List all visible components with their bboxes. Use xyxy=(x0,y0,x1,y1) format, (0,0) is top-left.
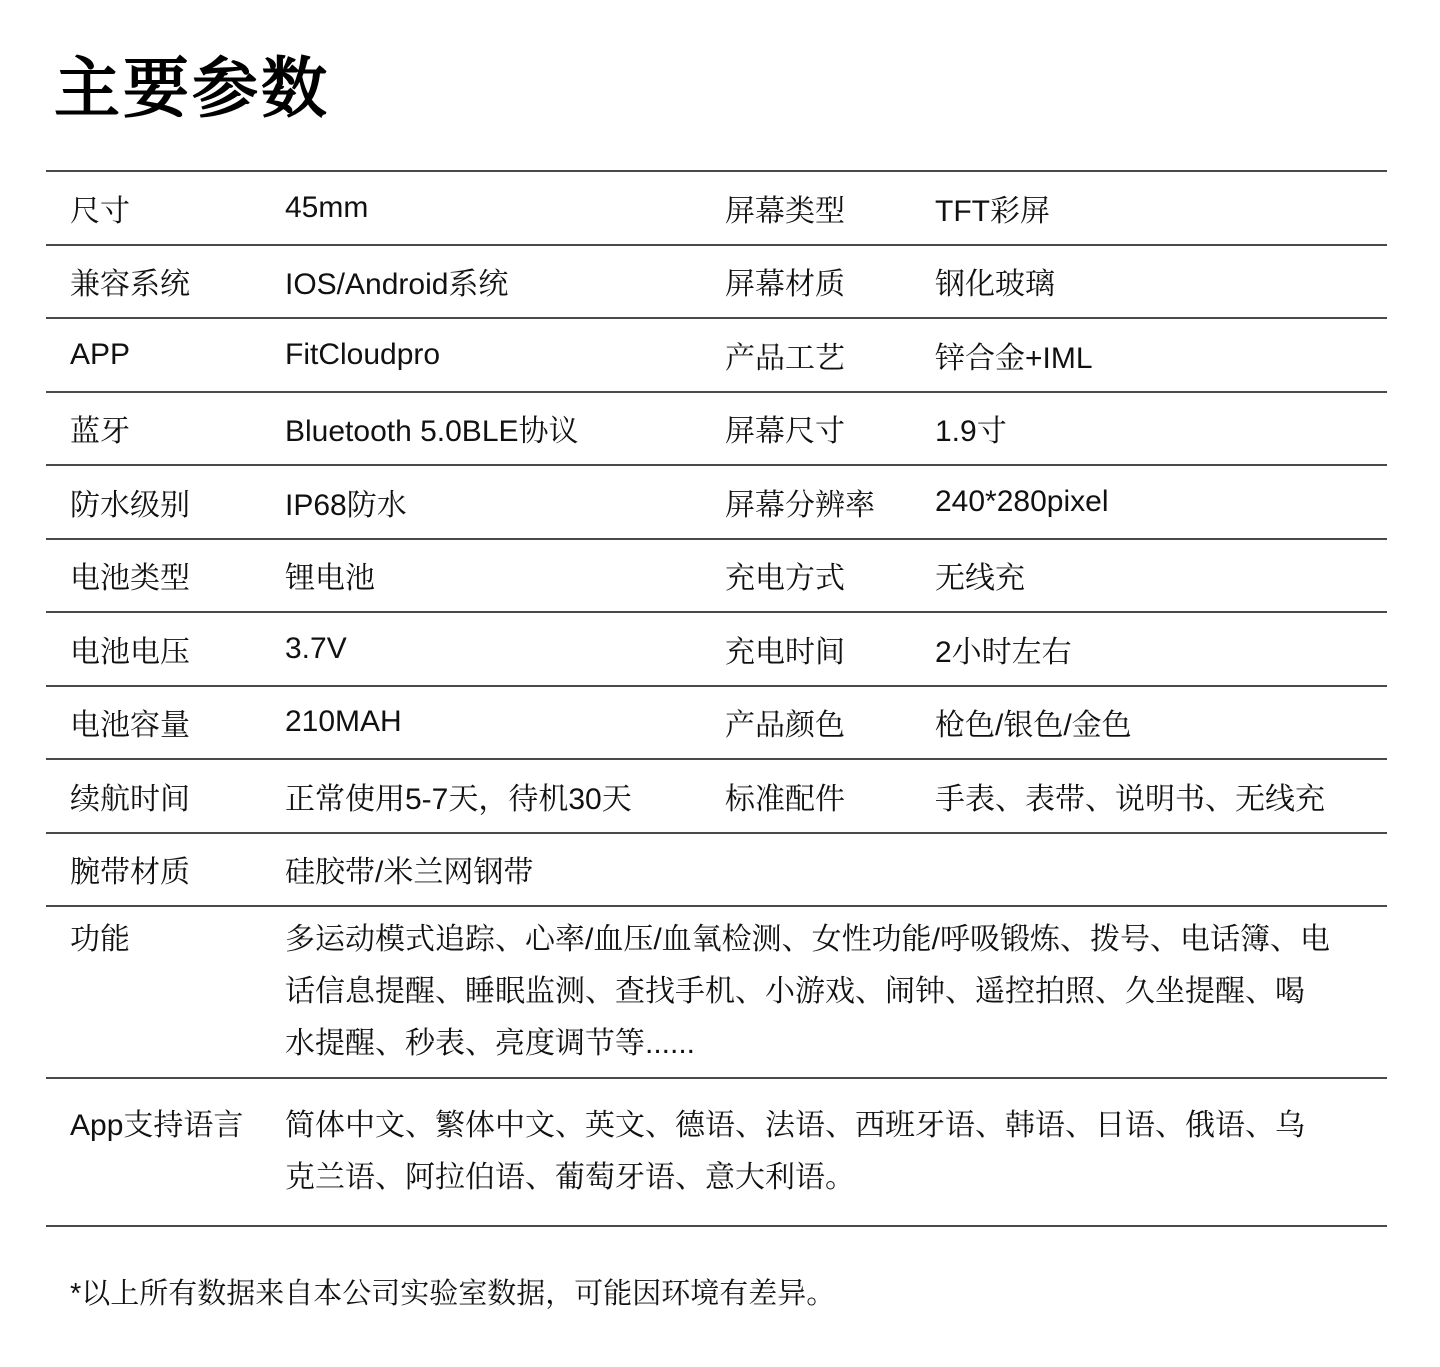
spec-row-batterytype-charging: 电池类型 锂电池 充电方式 无线充 xyxy=(46,540,1387,614)
spec-label: App支持语言 xyxy=(70,1100,285,1152)
spec-label: 防水级别 xyxy=(70,480,285,524)
spec-value: 多运动模式追踪、心率/血压/血氧检测、女性功能/呼吸锻炼、拨号、电话簿、电话信息… xyxy=(285,914,1387,1070)
spec-row-battery-life-accessories: 续航时间 正常使用5-7天，待机30天 标准配件 手表、表带、说明书、无线充 xyxy=(46,760,1387,834)
spec-value: Bluetooth 5.0BLE协议 xyxy=(285,406,725,450)
spec-value: 锌合金+IML xyxy=(935,333,1387,377)
spec-value: 硅胶带/米兰网钢带 xyxy=(285,847,725,891)
spec-label: 屏幕分辨率 xyxy=(725,480,935,524)
spec-label: 充电时间 xyxy=(725,627,935,671)
spec-row-system-screenmaterial: 兼容系统 IOS/Android系统 屏幕材质 钢化玻璃 xyxy=(46,246,1387,320)
spec-row-waterproof-resolution: 防水级别 IP68防水 屏幕分辨率 240*280pixel xyxy=(46,466,1387,540)
spec-value: TFT彩屏 xyxy=(935,186,1387,230)
spec-label: 产品工艺 xyxy=(725,333,935,377)
spec-label: 电池容量 xyxy=(70,700,285,744)
spec-label: 蓝牙 xyxy=(70,406,285,450)
spec-row-voltage-chargetime: 电池电压 3.7V 充电时间 2小时左右 xyxy=(46,613,1387,687)
spec-table: 尺寸 45mm 屏幕类型 TFT彩屏 兼容系统 IOS/Android系统 屏幕… xyxy=(46,170,1387,1227)
spec-sheet: 主要参数 尺寸 45mm 屏幕类型 TFT彩屏 兼容系统 IOS/Android… xyxy=(46,46,1387,1312)
spec-row-app-craft: APP FitCloudpro 产品工艺 锌合金+IML xyxy=(46,319,1387,393)
spec-value: IOS/Android系统 xyxy=(285,259,725,303)
spec-value: 手表、表带、说明书、无线充 xyxy=(935,774,1387,818)
spec-label: 尺寸 xyxy=(70,186,285,230)
spec-label: 充电方式 xyxy=(725,553,935,597)
spec-label: 屏幕类型 xyxy=(725,186,935,230)
spec-label: 电池类型 xyxy=(70,553,285,597)
spec-label: 屏幕尺寸 xyxy=(725,406,935,450)
spec-row-size-screentype: 尺寸 45mm 屏幕类型 TFT彩屏 xyxy=(46,172,1387,246)
spec-label: 腕带材质 xyxy=(70,847,285,891)
footnote: *以上所有数据来自本公司实验室数据，可能因环境有差异。 xyxy=(70,1271,1387,1312)
spec-value: 240*280pixel xyxy=(935,485,1387,519)
spec-label: APP xyxy=(70,338,285,372)
spec-value: 正常使用5-7天，待机30天 xyxy=(285,774,725,818)
spec-value: 2小时左右 xyxy=(935,627,1387,671)
spec-value: 无线充 xyxy=(935,553,1387,597)
spec-value: IP68防水 xyxy=(285,480,725,524)
spec-label: 标准配件 xyxy=(725,774,935,818)
spec-label: 产品颜色 xyxy=(725,700,935,744)
spec-row-app-languages: App支持语言 简体中文、繁体中文、英文、德语、法语、西班牙语、韩语、日语、俄语… xyxy=(46,1079,1387,1227)
spec-value: 锂电池 xyxy=(285,553,725,597)
spec-label: 兼容系统 xyxy=(70,259,285,303)
spec-value: 1.9寸 xyxy=(935,406,1387,450)
page-title: 主要参数 xyxy=(54,46,1387,130)
spec-row-bluetooth-screensize: 蓝牙 Bluetooth 5.0BLE协议 屏幕尺寸 1.9寸 xyxy=(46,393,1387,467)
spec-value: 210MAH xyxy=(285,705,725,739)
spec-label: 功能 xyxy=(70,914,285,966)
spec-row-capacity-colors: 电池容量 210MAH 产品颜色 枪色/银色/金色 xyxy=(46,687,1387,761)
spec-value: 简体中文、繁体中文、英文、德语、法语、西班牙语、韩语、日语、俄语、乌克兰语、阿拉… xyxy=(285,1100,1387,1204)
spec-row-functions: 功能 多运动模式追踪、心率/血压/血氧检测、女性功能/呼吸锻炼、拨号、电话簿、电… xyxy=(46,907,1387,1079)
spec-value: 枪色/银色/金色 xyxy=(935,700,1387,744)
spec-label: 电池电压 xyxy=(70,627,285,671)
spec-label: 续航时间 xyxy=(70,774,285,818)
spec-value: FitCloudpro xyxy=(285,338,725,372)
spec-value: 3.7V xyxy=(285,632,725,666)
spec-label: 屏幕材质 xyxy=(725,259,935,303)
spec-value: 45mm xyxy=(285,191,725,225)
spec-value: 钢化玻璃 xyxy=(935,259,1387,303)
spec-row-strap-material: 腕带材质 硅胶带/米兰网钢带 xyxy=(46,834,1387,908)
